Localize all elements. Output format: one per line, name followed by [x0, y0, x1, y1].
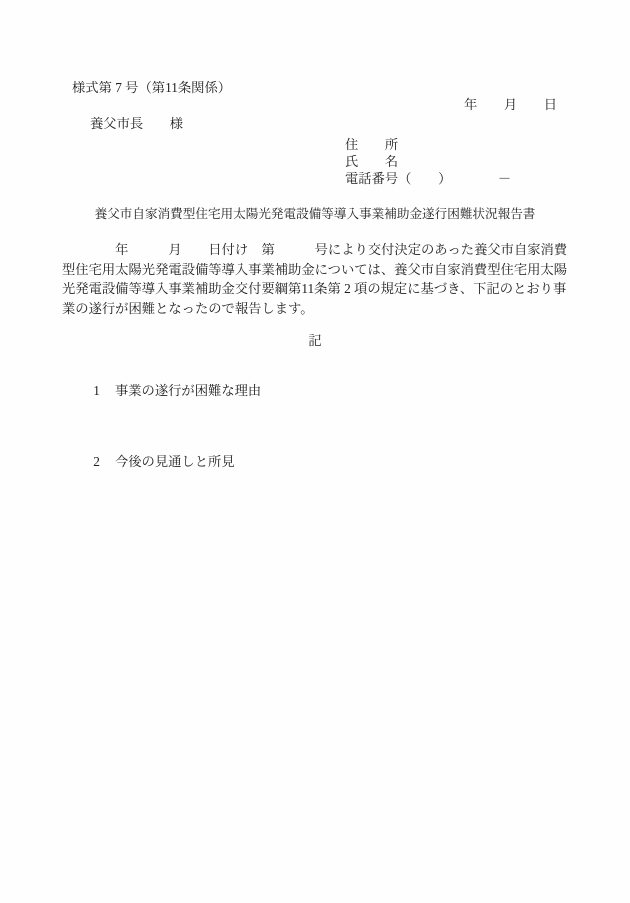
body-line: 型住宅用太陽光発電設備等導入事業補助金については、養父市自家消費型住宅用太陽 [62, 260, 582, 280]
list-item-2: 2今後の見通しと所見 [80, 435, 235, 486]
date-line: 年 月 日 [464, 98, 557, 111]
body-line: 業の遂行が困難となったので報告します。 [62, 299, 582, 319]
sender-name-label: 氏 名 [345, 155, 398, 168]
sender-address-label: 住 所 [345, 138, 398, 151]
body-line: 光発電設備等導入事業補助金交付要綱第11条第 2 項の規定に基づき、下記のとおり… [62, 279, 582, 299]
body-line: 年 月 日付け 第 号により交付決定のあった養父市自家消費 [62, 240, 582, 260]
list-item-1: 1事業の遂行が困難な理由 [80, 364, 261, 415]
item-label: 事業の遂行が困難な理由 [115, 383, 261, 398]
item-number: 2 [93, 454, 100, 469]
item-label: 今後の見通しと所見 [115, 454, 235, 469]
sender-phone-label: 電話番号（ ） － [345, 172, 511, 185]
document-page: 様式第 7 号（第11条関係） 年 月 日 養父市長 様 住 所 氏 名 電話番… [0, 0, 630, 903]
body-paragraph: 年 月 日付け 第 号により交付決定のあった養父市自家消費 型住宅用太陽光発電設… [62, 240, 582, 318]
item-number: 1 [93, 383, 100, 398]
form-number: 様式第 7 号（第11条関係） [72, 81, 231, 94]
document-title: 養父市自家消費型住宅用太陽光発電設備等導入事業補助金遂行困難状況報告書 [0, 203, 630, 222]
addressee-line: 養父市長 様 [90, 117, 183, 130]
record-marker: 記 [0, 330, 630, 349]
